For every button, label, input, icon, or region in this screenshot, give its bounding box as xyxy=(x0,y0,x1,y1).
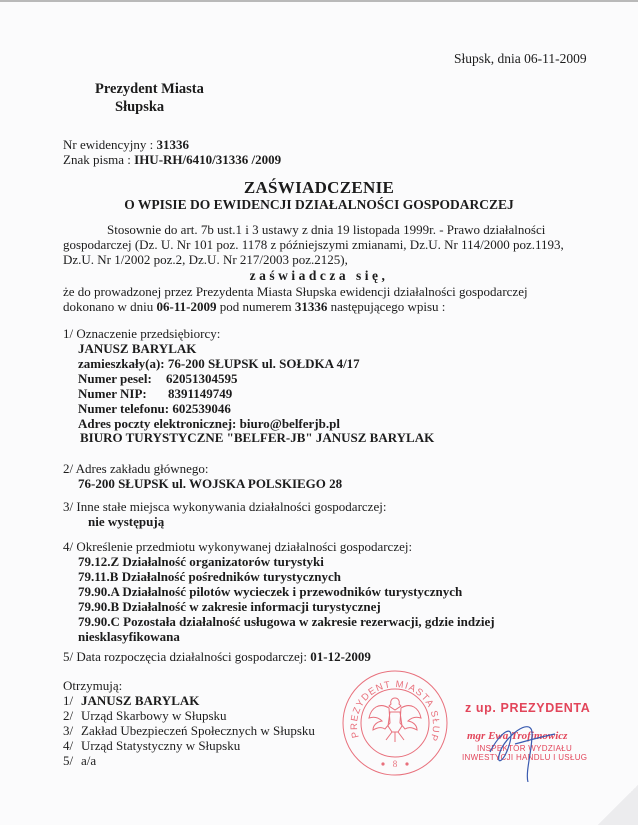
recipient-name: JANUSZ BARYLAK xyxy=(81,693,199,708)
certify-phrase: zaświadcza się, xyxy=(0,268,638,284)
other-locations-value: nie występują xyxy=(63,514,386,529)
letter-number: IHU-RH/6410/31336 /2009 xyxy=(134,152,281,167)
statement-text: następującego wpisu : xyxy=(327,299,445,314)
recipient-name: Urząd Statystyczny w Słupsku xyxy=(81,738,240,753)
activity-item: niesklasyfikowana xyxy=(63,629,495,644)
pesel-value: 62051304595 xyxy=(166,371,238,386)
letter-number-row: Znak pisma : IHU-RH/6410/31336 /2009 xyxy=(63,152,281,167)
recipient-number: 1/ xyxy=(63,693,81,708)
official-seal-icon: PREZYDENT MIASTA SŁUPSKA 8 xyxy=(340,668,450,778)
statement-line-1: że do prowadzonej przez Prezydenta Miast… xyxy=(63,284,583,299)
page-corner-fold xyxy=(598,785,638,825)
recipients-block: Otrzymują: 1/JANUSZ BARYLAK2/Urząd Skarb… xyxy=(63,678,315,768)
activity-item: 79.11.B Działalność pośredników turystyc… xyxy=(63,569,495,584)
recipient-number: 4/ xyxy=(63,738,81,753)
recipients-heading: Otrzymują: xyxy=(63,678,315,693)
section-5-heading: 5/ Data rozpoczęcia działalności gospoda… xyxy=(63,649,310,664)
seal-number: 8 xyxy=(393,759,398,769)
recipient-item: 1/JANUSZ BARYLAK xyxy=(63,693,315,708)
reference-block: Nr ewidencyjny : 31336 Znak pisma : IHU-… xyxy=(63,137,281,167)
section-entrepreneur: 1/ Oznaczenie przedsiębiorcy: JANUSZ BAR… xyxy=(63,326,360,431)
activity-item: 79.90.B Działalność w zakresie informacj… xyxy=(63,599,495,614)
section-start-date: 5/ Data rozpoczęcia działalności gospoda… xyxy=(63,649,371,664)
entrepreneur-address-row: zamieszkały(a): 76-200 SŁUPSK ul. SOŁDKA… xyxy=(63,356,360,371)
recipient-name: Urząd Skarbowy w Słupsku xyxy=(81,708,227,723)
registry-number-label: Nr ewidencyjny : xyxy=(63,137,157,152)
document-title: ZAŚWIADCZENIE xyxy=(0,178,638,198)
section-activities: 4/ Określenie przedmiotu wykonywanej dzi… xyxy=(63,539,495,644)
activity-item: 79.90.C Pozostała działalność usługowa w… xyxy=(63,614,495,629)
activity-item: 79.12.Z Działalność organizatorów turyst… xyxy=(63,554,495,569)
email-label: Adres poczty elektronicznej: xyxy=(78,416,240,431)
entrepreneur-name: JANUSZ BARYLAK xyxy=(63,341,360,356)
statement-line-2: dokonano w dniu 06-11-2009 pod numerem 3… xyxy=(63,299,583,314)
registry-number: 31336 xyxy=(157,137,190,152)
issuer-line-2: Słupska xyxy=(95,98,204,116)
recipient-number: 2/ xyxy=(63,708,81,723)
address-label: zamieszkały(a): xyxy=(78,356,168,371)
recipients-list: 1/JANUSZ BARYLAK2/Urząd Skarbowy w Słups… xyxy=(63,693,315,768)
scan-top-edge xyxy=(0,0,638,2)
section-3-heading: 3/ Inne stałe miejsca wykonywania działa… xyxy=(63,499,386,514)
place-and-date: Słupsk, dnia 06-11-2009 xyxy=(454,51,587,67)
activity-item: 79.90.A Działalność pilotów wycieczek i … xyxy=(63,584,495,599)
seal-ring-text: PREZYDENT MIASTA SŁUPSKA xyxy=(340,668,441,743)
email-value: biuro@belferjb.pl xyxy=(240,416,340,431)
section-1-heading: 1/ Oznaczenie przedsiębiorcy: xyxy=(63,326,360,341)
entry-date: 06-11-2009 xyxy=(157,299,217,314)
issuer-line-1: Prezydent Miasta xyxy=(95,80,204,98)
section-2-heading: 2/ Adres zakładu głównego: xyxy=(63,461,342,476)
nip-value: 8391149749 xyxy=(168,386,232,401)
statement-text: pod numerem xyxy=(216,299,294,314)
recipient-item: 5/a/a xyxy=(63,753,315,768)
legal-basis-line-3: Dz.U. Nr 1/2002 poz.2, Dz.U. Nr 217/2003… xyxy=(63,252,583,267)
phone-row: Numer telefonu: 602539046 xyxy=(63,401,360,416)
legal-basis-line-1: Stosownie do art. 7b ust.1 i 3 ustawy z … xyxy=(63,222,583,237)
pesel-row: Numer pesel:62051304595 xyxy=(63,371,360,386)
phone-label: Numer telefonu: xyxy=(78,401,172,416)
entry-number: 31336 xyxy=(295,299,328,314)
phone-value: 602539046 xyxy=(172,401,231,416)
business-name: BIURO TURYSTYCZNE "BELFER-JB" JANUSZ BAR… xyxy=(80,430,434,446)
address-value: 76-200 SŁUPSK ul. SOŁDKA 4/17 xyxy=(168,356,360,371)
legal-basis-paragraph: Stosownie do art. 7b ust.1 i 3 ustawy z … xyxy=(63,222,583,267)
legal-basis-line-2: gospodarczej (Dz. U. Nr 101 poz. 1178 z … xyxy=(63,237,583,252)
activities-list: 79.12.Z Działalność organizatorów turyst… xyxy=(63,554,495,644)
recipient-item: 2/Urząd Skarbowy w Słupsku xyxy=(63,708,315,723)
start-date-value: 01-12-2009 xyxy=(310,649,371,664)
document-subtitle: O WPISIE DO EWIDENCJI DZIAŁALNOŚCI GOSPO… xyxy=(0,197,638,213)
signature-icon xyxy=(470,712,590,782)
section-4-heading: 4/ Określenie przedmiotu wykonywanej dzi… xyxy=(63,539,495,554)
statement-text: dokonano w dniu xyxy=(63,299,157,314)
section-other-locations: 3/ Inne stałe miejsca wykonywania działa… xyxy=(63,499,386,529)
svg-text:PREZYDENT MIASTA SŁUPSKA: PREZYDENT MIASTA SŁUPSKA xyxy=(340,668,441,743)
registry-number-row: Nr ewidencyjny : 31336 xyxy=(63,137,281,152)
pesel-label: Numer pesel: xyxy=(78,371,166,386)
recipient-number: 3/ xyxy=(63,723,81,738)
email-row: Adres poczty elektronicznej: biuro@belfe… xyxy=(63,416,360,431)
statement-paragraph: że do prowadzonej przez Prezydenta Miast… xyxy=(63,284,583,314)
main-address-value: 76-200 SŁUPSK ul. WOJSKA POLSKIEGO 28 xyxy=(63,476,342,491)
recipient-name: Zakład Ubezpieczeń Społecznych w Słupsku xyxy=(81,723,315,738)
letter-number-label: Znak pisma : xyxy=(63,152,134,167)
issuer-block: Prezydent Miasta Słupska xyxy=(95,80,204,116)
recipient-item: 4/Urząd Statystyczny w Słupsku xyxy=(63,738,315,753)
section-main-address: 2/ Adres zakładu głównego: 76-200 SŁUPSK… xyxy=(63,461,342,491)
nip-row: Numer NIP:8391149749 xyxy=(63,386,360,401)
recipient-name: a/a xyxy=(81,753,96,768)
nip-label: Numer NIP: xyxy=(78,386,168,401)
recipient-number: 5/ xyxy=(63,753,81,768)
recipient-item: 3/Zakład Ubezpieczeń Społecznych w Słups… xyxy=(63,723,315,738)
